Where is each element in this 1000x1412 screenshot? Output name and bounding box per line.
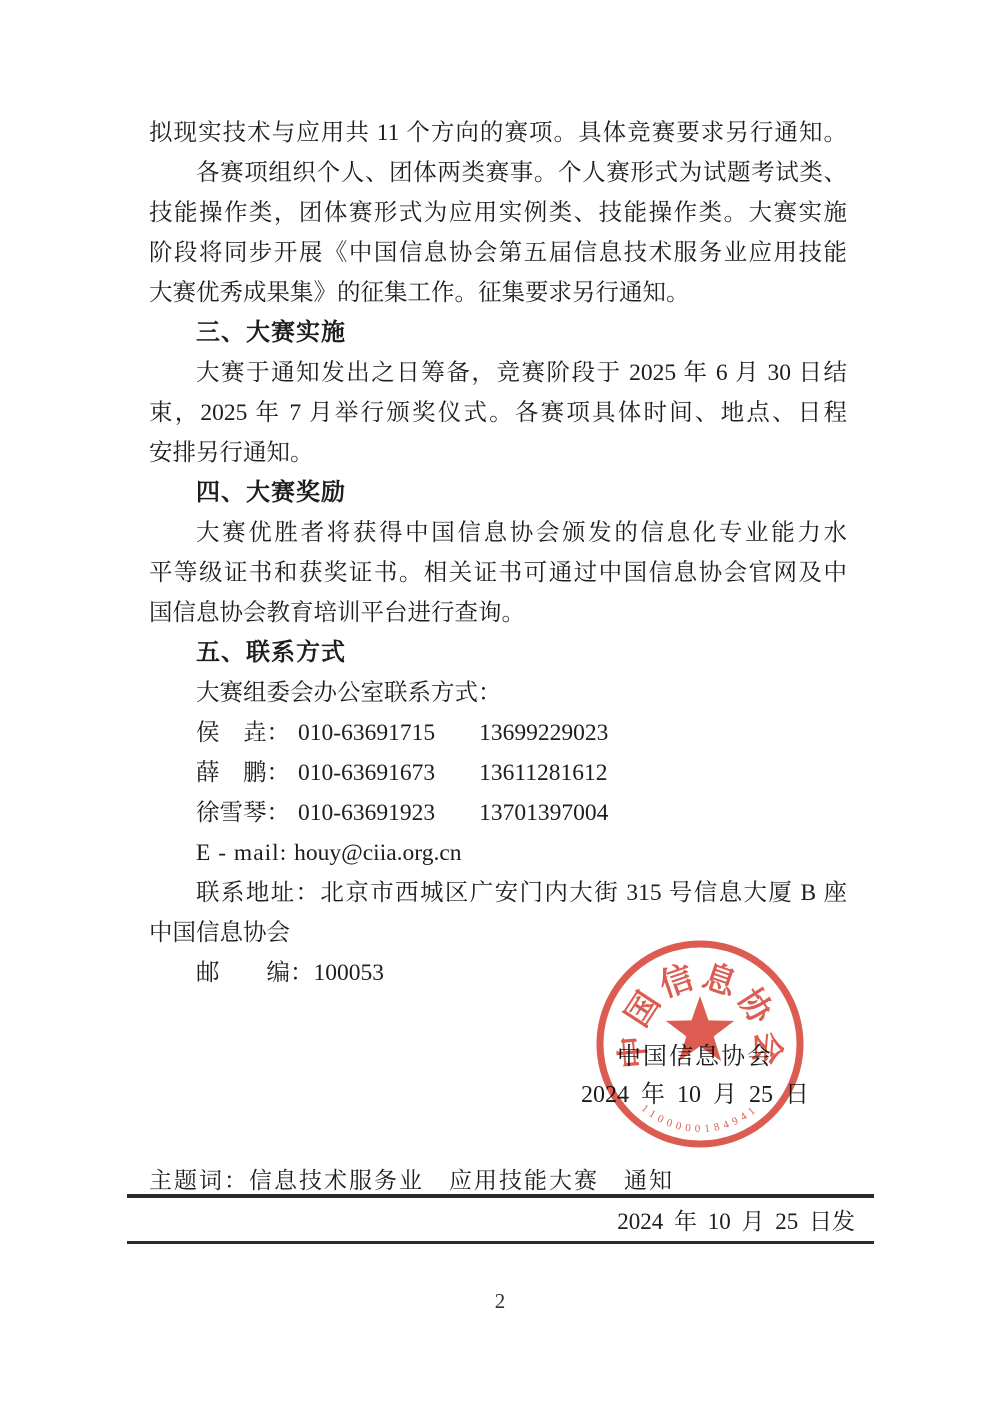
- email-label: E - mail:: [196, 840, 294, 866]
- body-line: 技能操作类，团体赛形式为应用实例类、技能操作类。大赛实施: [149, 193, 847, 233]
- body-line: 拟现实技术与应用共 11 个方向的赛项。具体竞赛要求另行通知。: [149, 113, 847, 153]
- body-line: 大赛优胜者将获得中国信息协会颁发的信息化专业能力水: [149, 513, 847, 553]
- contact-intro: 大赛组委会办公室联系方式：: [149, 673, 847, 713]
- email-line: E - mail: houy@ciia.org.cn: [149, 833, 847, 873]
- body-line: 大赛于通知发出之日筹备，竞赛阶段于 2025 年 6 月 30 日结: [149, 353, 847, 393]
- contact-phone: 010-63691673: [298, 760, 435, 786]
- body-line: 国信息协会教育培训平台进行查询。: [149, 593, 847, 633]
- contact-mobile: 13701397004: [479, 800, 608, 826]
- contact-phone: 010-63691715: [298, 720, 435, 746]
- official-seal: 中国信息协会 1100000184941: [590, 934, 810, 1154]
- subject-label: 主题词：: [149, 1168, 249, 1193]
- footer-divider: [127, 1194, 874, 1198]
- seal-serial-number: 1100000184941: [639, 1102, 761, 1135]
- seal-star-icon: [666, 996, 734, 1061]
- contact-mobile: 13699229023: [479, 720, 608, 746]
- body-line: 平等级证书和获奖证书。相关证书可通过中国信息协会官网及中: [149, 553, 847, 593]
- contact-row: 徐雪琴：010-6369192313701397004: [149, 793, 847, 833]
- body-line: 阶段将同步开展《中国信息协会第五届信息技术服务业应用技能: [149, 233, 847, 273]
- contact-mobile: 13611281612: [479, 760, 607, 786]
- contact-name: 薛 鹏：: [196, 760, 290, 786]
- body-line: 各赛项组织个人、团体两类赛事。个人赛形式为试题考试类、: [149, 153, 847, 193]
- contact-row: 侯 垚：010-6369171513699229023: [149, 713, 847, 753]
- postcode-label: 邮 编：: [196, 960, 314, 986]
- contact-row: 薛 鹏：010-6369167313611281612: [149, 753, 847, 793]
- contact-name: 侯 垚：: [196, 720, 290, 746]
- email-value: houy@ciia.org.cn: [294, 840, 461, 866]
- postcode-value: 100053: [314, 960, 385, 986]
- section-heading-implementation: 三、大赛实施: [149, 313, 847, 353]
- section-heading-awards: 四、大赛奖励: [149, 473, 847, 513]
- page-number: 2: [0, 1289, 1000, 1314]
- body-line: 束，2025 年 7 月举行颁奖仪式。各赛项具体时间、地点、日程: [149, 393, 847, 433]
- address-line: 联系地址：北京市西城区广安门内大街 315 号信息大厦 B 座: [149, 873, 847, 913]
- document-page: 拟现实技术与应用共 11 个方向的赛项。具体竞赛要求另行通知。 各赛项组织个人、…: [0, 0, 1000, 1412]
- contact-name: 徐雪琴：: [196, 800, 290, 826]
- footer-divider: [127, 1241, 874, 1244]
- contact-phone: 010-63691923: [298, 800, 435, 826]
- subject-value: 信息技术服务业 应用技能大赛 通知: [249, 1168, 674, 1193]
- document-body: 拟现实技术与应用共 11 个方向的赛项。具体竞赛要求另行通知。 各赛项组织个人、…: [149, 113, 847, 993]
- body-line: 大赛优秀成果集》的征集工作。征集要求另行通知。: [149, 273, 847, 313]
- body-line: 安排另行通知。: [149, 433, 847, 473]
- issue-date: 2024 年 10 月 25 日发: [127, 1203, 855, 1236]
- subject-keywords-line: 主题词：信息技术服务业 应用技能大赛 通知: [149, 1162, 674, 1195]
- section-heading-contact: 五、联系方式: [149, 633, 847, 673]
